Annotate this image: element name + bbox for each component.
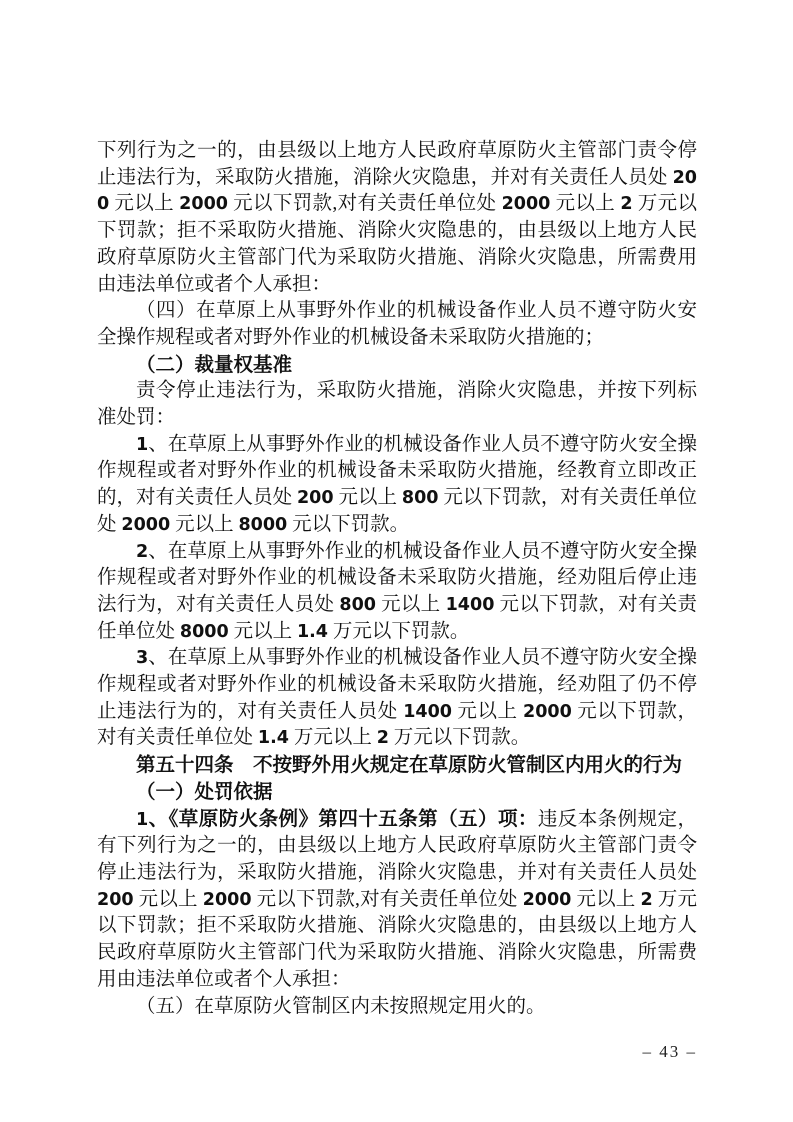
text-segment: （五）在草原防火管制区内未按照规定用火的。 <box>136 996 546 1017</box>
numeral: 2000 <box>179 194 228 214</box>
numeral: 1 <box>136 810 148 830</box>
document-body: 下列行为之一的，由县级以上地方人民政府草原防火主管部门责令停止违法行为，采取防火… <box>97 138 697 1020</box>
bold-text-segment: 第五十四条 不按野外用火规定在草原防火管制区内用火的行为 <box>136 754 682 776</box>
body-paragraph: 3、在草原上从事野外作业的机械设备作业人员不遵守防火安全操作规程或者对野外作业的… <box>97 645 697 752</box>
numeral: 2 <box>641 890 653 910</box>
numeral: 200 <box>297 488 334 508</box>
numeral: 8000 <box>238 515 287 535</box>
text-segment: 3、在草原上从事野外作业的机械设备作业人员不遵守防火安全操作规程或者对野外作业的… <box>97 647 697 748</box>
text-segment: 2、在草原上从事野外作业的机械设备作业人员不遵守防火安全操作规程或者对野外作业的… <box>97 541 697 642</box>
numeral: 2000 <box>523 890 572 910</box>
page-number: – 43 – <box>643 1042 698 1062</box>
text-segment: 下列行为之一的，由县级以上地方人民政府草原防火主管部门责令停止违法行为，采取防火… <box>97 140 697 295</box>
body-paragraph: 责令停止违法行为，采取防火措施，消除火灾隐患，并按下列标准处罚： <box>97 378 697 431</box>
text-segment: 违反本条例规定，有下列行为之一的，由县级以上地方人民政府草原防火主管部门责令停止… <box>97 809 697 990</box>
document-page: 下列行为之一的，由县级以上地方人民政府草原防火主管部门责令停止违法行为，采取防火… <box>0 0 793 1122</box>
numeral: 2 <box>377 728 389 748</box>
text-segment: （四）在草原上从事野外作业的机械设备作业人员不遵守防火安全操作规程或者对野外作业… <box>97 300 697 348</box>
body-paragraph: （四）在草原上从事野外作业的机械设备作业人员不遵守防火安全操作规程或者对野外作业… <box>97 298 697 351</box>
body-paragraph: 1、在草原上从事野外作业的机械设备作业人员不遵守防火安全操作规程或者对野外作业的… <box>97 432 697 539</box>
body-paragraph: 2、在草原上从事野外作业的机械设备作业人员不遵守防火安全操作规程或者对野外作业的… <box>97 539 697 646</box>
body-paragraph: 下列行为之一的，由县级以上地方人民政府草原防火主管部门责令停止违法行为，采取防火… <box>97 138 697 298</box>
heading-paragraph: （一）处罚依据 <box>97 779 697 806</box>
numeral: 1400 <box>403 702 452 722</box>
bold-text-segment: （一）处罚依据 <box>136 781 273 803</box>
numeral: 2000 <box>502 194 551 214</box>
bold-text-segment: （二）裁量权基准 <box>136 354 292 376</box>
numeral: 2000 <box>121 515 170 535</box>
body-paragraph: 1、《草原防火条例》第四十五条第（五）项：违反本条例规定，有下列行为之一的，由县… <box>97 806 697 994</box>
numeral: 1.4 <box>258 728 289 748</box>
numeral: 2000 <box>203 890 252 910</box>
numeral: 800 <box>402 488 439 508</box>
numeral: 2 <box>136 542 148 562</box>
numeral: 3 <box>136 648 148 668</box>
heading-paragraph: 第五十四条 不按野外用火规定在草原防火管制区内用火的行为 <box>97 752 697 779</box>
numeral: 1.4 <box>297 622 328 642</box>
numeral: 2 <box>620 194 632 214</box>
text-segment: 1、在草原上从事野外作业的机械设备作业人员不遵守防火安全操作规程或者对野外作业的… <box>97 434 697 535</box>
numeral: 200 <box>97 890 134 910</box>
numeral: 800 <box>339 595 376 615</box>
numeral: 1400 <box>446 595 495 615</box>
text-segment: 责令停止违法行为，采取防火措施，消除火灾隐患，并按下列标准处罚： <box>97 380 697 428</box>
numeral: 2000 <box>523 702 572 722</box>
numeral: 1 <box>136 435 148 455</box>
numeral: 8000 <box>180 622 229 642</box>
body-paragraph: （五）在草原防火管制区内未按照规定用火的。 <box>97 994 697 1021</box>
bold-text-segment: 1、《草原防火条例》第四十五条第（五）项： <box>136 808 538 830</box>
heading-paragraph: （二）裁量权基准 <box>97 352 697 379</box>
